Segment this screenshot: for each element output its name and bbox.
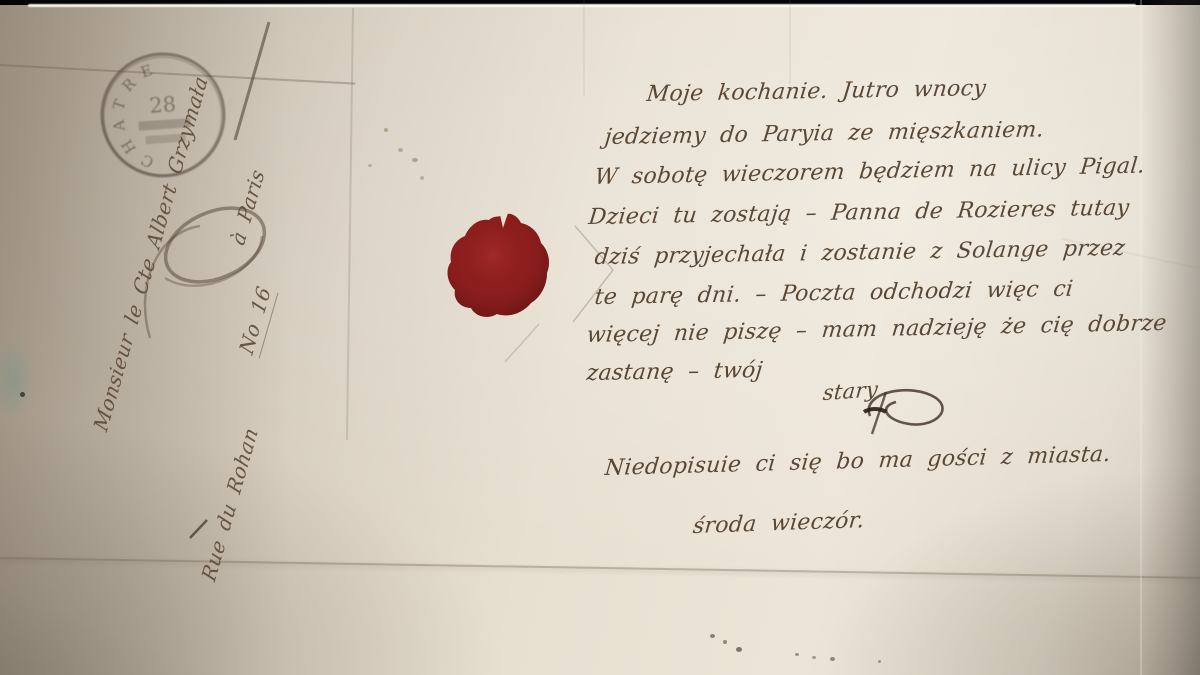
ink-speck: [384, 128, 388, 132]
ink-speck: [723, 640, 727, 644]
paper-top-edge-highlight: [28, 4, 1136, 7]
fold-crease-vertical-right: [789, 0, 791, 84]
ink-speck: [878, 660, 881, 663]
address-flourish: [60, 20, 360, 600]
ink-speck: [398, 148, 403, 152]
ink-smudge-teal: [0, 322, 42, 437]
letter-photograph: CHATRE 28 Monsieur le Cte Albert Grzymał…: [0, 0, 1200, 675]
ink-speck: [420, 176, 424, 180]
ink-speck: [736, 647, 742, 652]
ink-speck: [412, 158, 418, 162]
ink-speck: [795, 653, 799, 656]
ink-speck: [812, 656, 816, 659]
paper-right-fold-edge: [1140, 0, 1142, 675]
letter-line: zastanę – twój: [585, 358, 764, 386]
ink-speck: [710, 634, 715, 638]
ink-speck: [368, 164, 372, 167]
paper-right-edge-shadow: [1142, 0, 1200, 675]
fold-crease-vertical-mid: [583, 0, 585, 96]
ink-speck: [830, 657, 835, 661]
signature-paraph: [856, 378, 966, 438]
ink-speck: [20, 392, 25, 397]
